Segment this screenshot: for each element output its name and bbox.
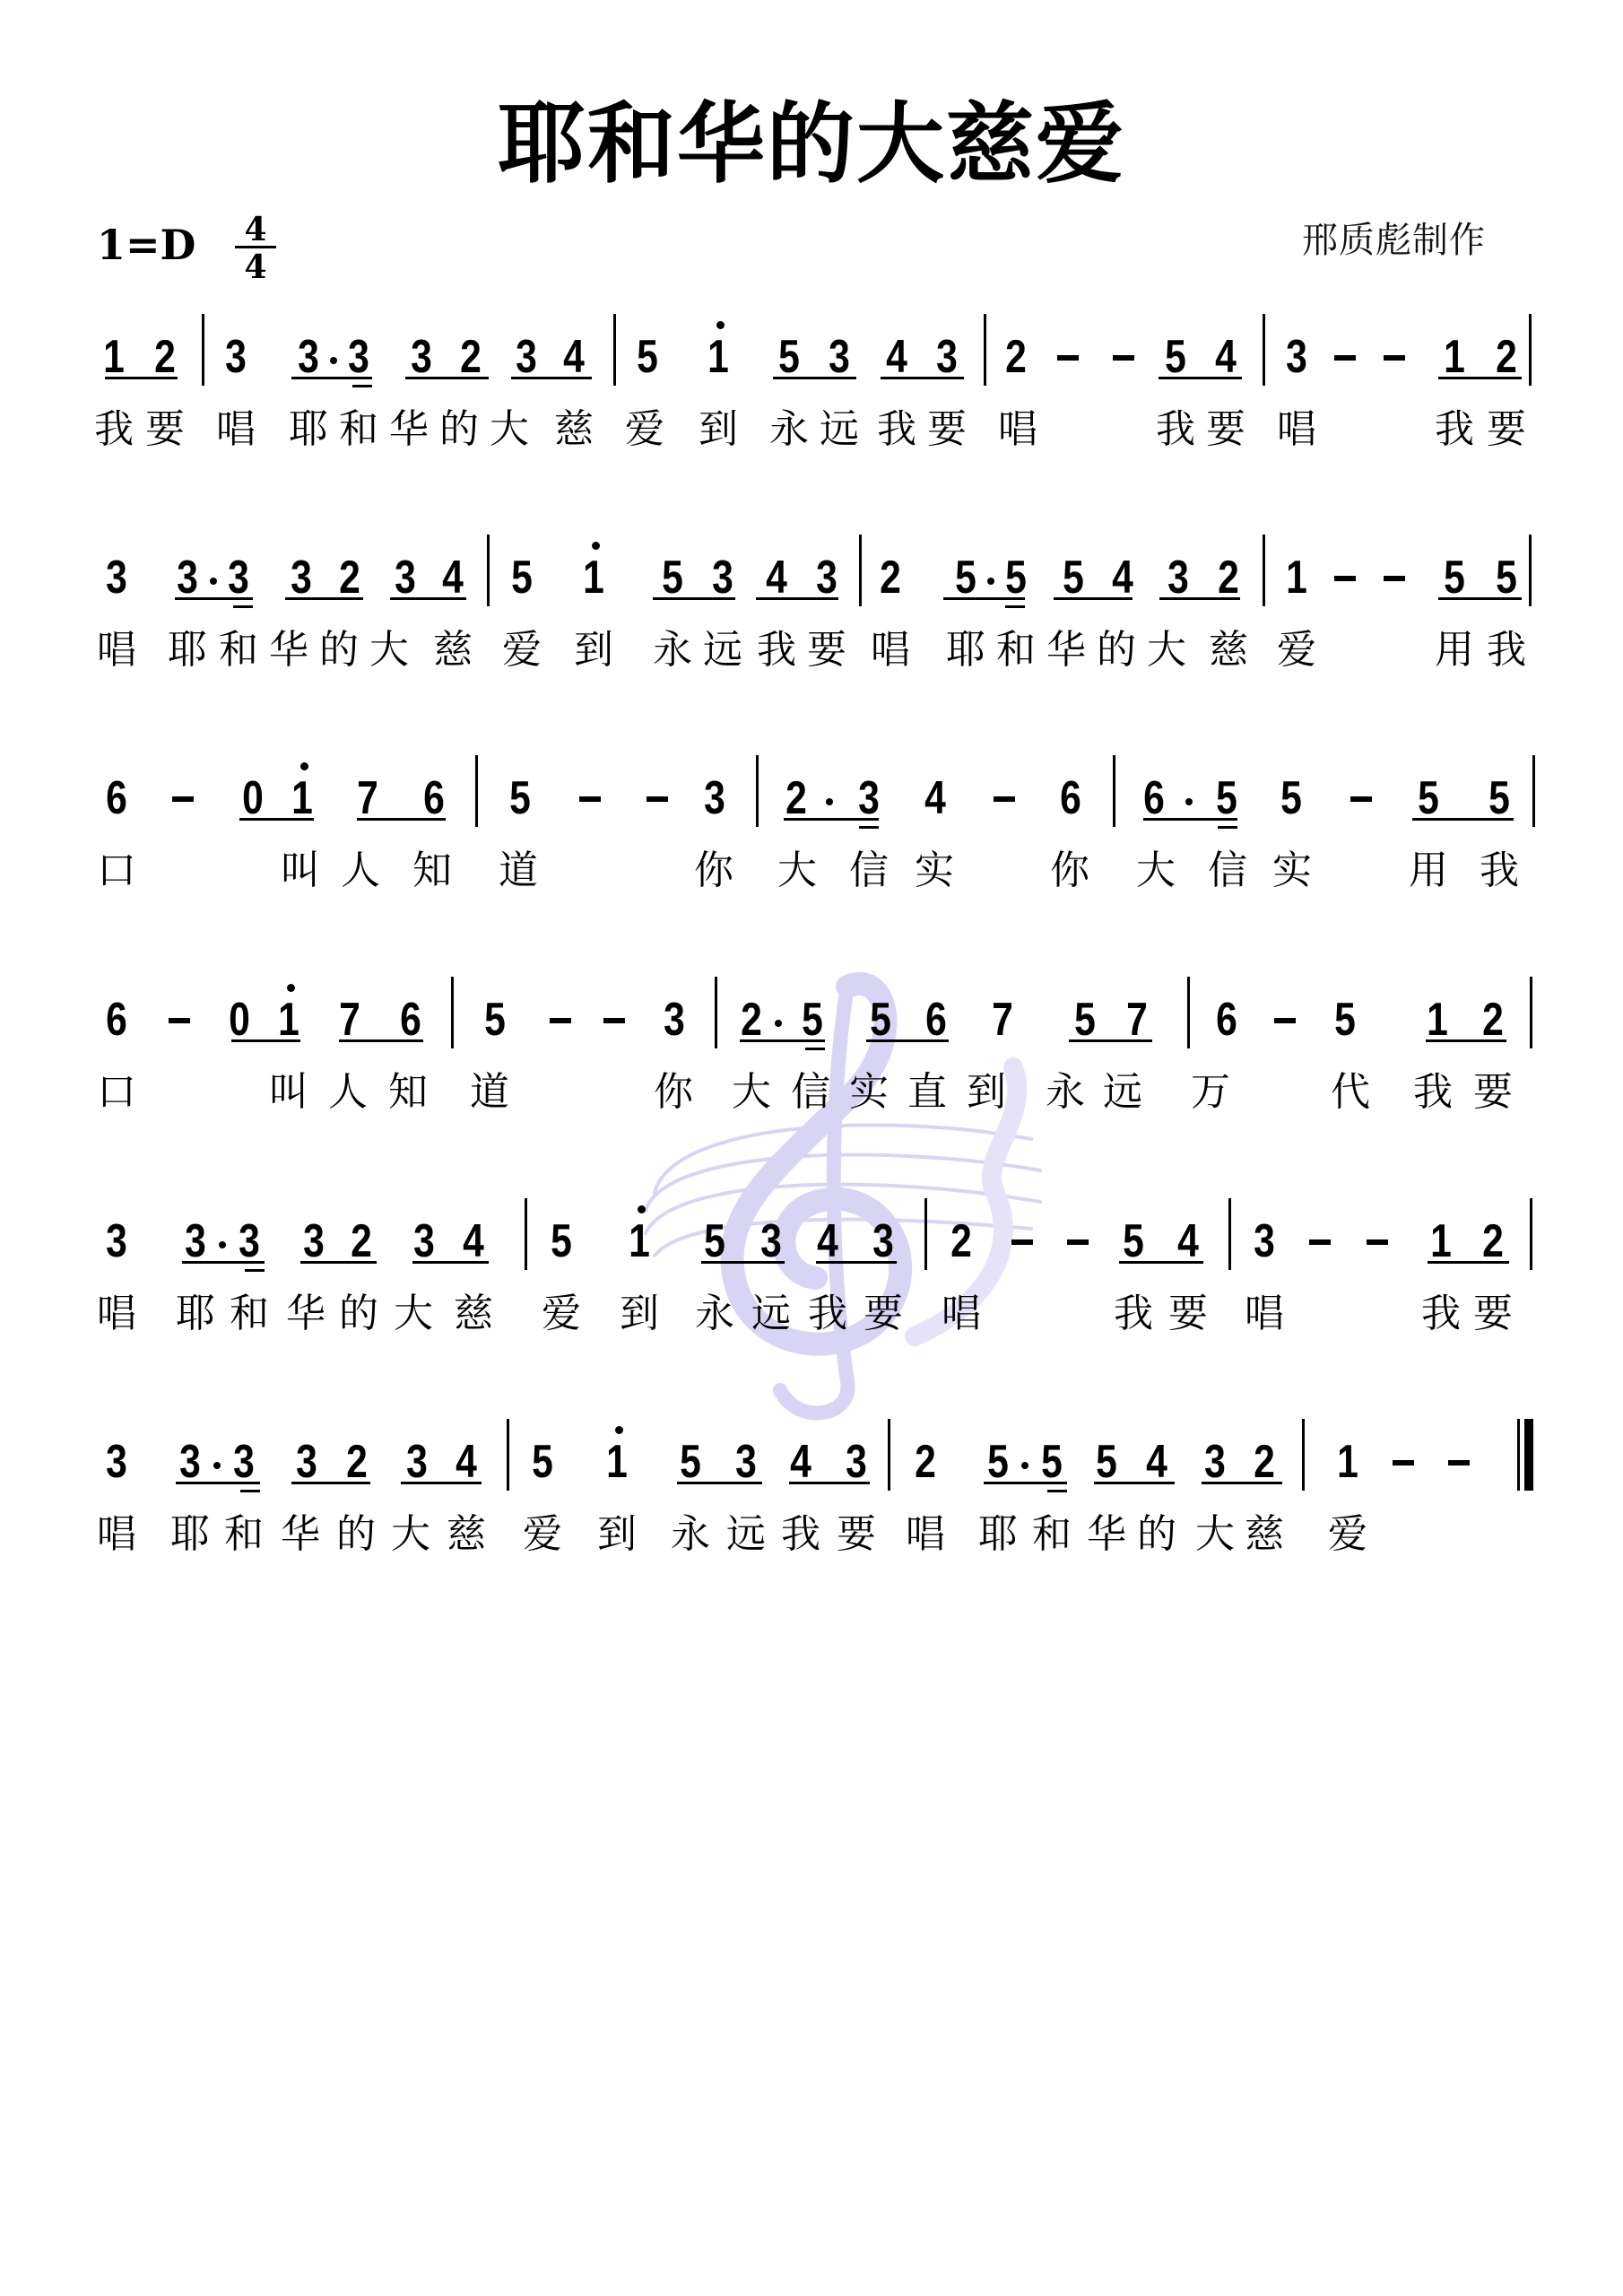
lyric-char: 我 — [780, 1514, 821, 1555]
augmentation-dot — [219, 1241, 226, 1248]
barline — [715, 977, 717, 1048]
lyric-char: 的 — [1096, 630, 1137, 671]
lyric-char: 唱 — [96, 630, 137, 671]
eighth-underline-second — [233, 605, 253, 608]
lyric-char: 大 — [369, 630, 410, 671]
note: 3 — [287, 554, 317, 601]
eighth-underline — [1428, 1261, 1509, 1264]
lyric-char: 远 — [702, 630, 743, 671]
eighth-underline — [1412, 818, 1514, 821]
lyric-char: 我 — [1479, 850, 1520, 891]
lyric-char: 远 — [819, 409, 860, 450]
barline — [451, 977, 454, 1048]
note: 5 — [481, 996, 510, 1043]
note: 3 — [224, 554, 254, 601]
note: 3 — [1164, 554, 1193, 601]
note: 1 — [603, 1439, 632, 1485]
lyric-char: 耶 — [169, 1514, 211, 1555]
sustain-dash — [1384, 355, 1405, 361]
note: 5 — [1414, 775, 1444, 822]
note: 6 — [1140, 775, 1169, 822]
note: 3 — [102, 1439, 132, 1485]
lyric-char: 爱 — [501, 630, 542, 671]
lyric-char: 大 — [1194, 1514, 1236, 1555]
lyric-char: 和 — [223, 1514, 265, 1555]
note: 5 — [1071, 996, 1100, 1043]
sustain-dash — [603, 1018, 625, 1023]
lyric-char: 和 — [218, 630, 259, 671]
lyric-char: 耶 — [288, 409, 329, 450]
note: 5 — [1037, 1439, 1067, 1485]
barline — [1529, 535, 1532, 606]
eighth-underline-second — [352, 385, 372, 387]
note: 4 — [1108, 554, 1138, 601]
sustain-dash — [1384, 576, 1405, 581]
note: 7 — [353, 775, 383, 822]
eighth-underline — [182, 1261, 265, 1264]
barline — [1263, 535, 1265, 606]
sustain-dash — [1113, 355, 1134, 361]
lyric-char: 要 — [1167, 1293, 1209, 1335]
note: 3 — [825, 334, 855, 380]
lyric-char: 和 — [995, 630, 1037, 671]
eighth-underline — [1202, 1482, 1282, 1484]
eighth-underline — [285, 597, 363, 600]
note: 4 — [438, 554, 468, 601]
lyric-char: 唱 — [1244, 1293, 1285, 1335]
lyric-char: 我 — [807, 1293, 848, 1335]
sustain-dash — [1350, 796, 1372, 802]
note: 0 — [239, 775, 268, 822]
note: 5 — [1492, 554, 1522, 601]
note: 2 — [1492, 334, 1522, 380]
lyric-char: 人 — [327, 1072, 369, 1113]
barline — [475, 755, 478, 827]
note: 1 — [625, 1218, 655, 1265]
octave-high-dot — [287, 984, 295, 992]
eighth-underline — [784, 818, 879, 821]
sustain-dash — [1274, 1018, 1296, 1023]
lyric-char: 信 — [1207, 850, 1248, 891]
lyric-char: 大 — [393, 1293, 434, 1335]
augmentation-dot — [775, 1020, 782, 1027]
note: 5 — [1440, 554, 1470, 601]
note: 4 — [813, 1218, 843, 1265]
note: 2 — [782, 775, 811, 822]
lyric-char: 我 — [1434, 409, 1475, 450]
lyric-char: 大 — [1146, 630, 1187, 671]
augmentation-dot — [210, 578, 217, 585]
note: 2 — [1479, 1218, 1508, 1265]
augmentation-dot — [987, 578, 994, 585]
lyric-char: 慈 — [1208, 630, 1249, 671]
note: 3 — [512, 334, 542, 380]
note: 4 — [560, 334, 589, 380]
note: 3 — [391, 554, 421, 601]
lyric-char: 的 — [1136, 1514, 1177, 1555]
note: 6 — [102, 775, 132, 822]
lyric-char: 华 — [1086, 1514, 1127, 1555]
note: 5 — [1059, 554, 1089, 601]
lyric-char: 华 — [1046, 630, 1087, 671]
note: 2 — [343, 1439, 372, 1485]
note: 4 — [459, 1218, 489, 1265]
lyric-char: 实 — [848, 1072, 890, 1113]
note: 3 — [299, 1218, 329, 1265]
barline — [1187, 977, 1190, 1048]
note: 3 — [181, 1218, 211, 1265]
lyric-char: 唱 — [870, 630, 911, 671]
note: 5 — [866, 996, 896, 1043]
lyric-char: 叫 — [280, 850, 321, 891]
eighth-underline — [881, 377, 964, 379]
lyric-char: 耶 — [945, 630, 986, 671]
sustain-dash — [1011, 1239, 1033, 1245]
augmentation-dot — [1185, 798, 1193, 805]
note: 3 — [344, 334, 374, 380]
lyric-char: 和 — [338, 409, 379, 450]
lyric-char: 远 — [751, 1293, 792, 1335]
score-row: 123333234515343254312我要唱耶和华的大慈爱到永远我要唱我要唱… — [0, 334, 1623, 513]
lyric-char: 慈 — [453, 1293, 494, 1335]
note: 2 — [335, 554, 365, 601]
lyric-char: 万 — [1190, 1072, 1231, 1113]
lyric-char: 我 — [756, 630, 797, 671]
lyric-char: 永 — [768, 409, 810, 450]
note: 3 — [1201, 1439, 1230, 1485]
sustain-dash — [1334, 355, 1356, 361]
note: 2 — [876, 554, 906, 601]
eighth-underline — [756, 597, 838, 600]
lyric-char: 实 — [1271, 850, 1313, 891]
note: 2 — [911, 1439, 941, 1485]
lyric-char: 你 — [1049, 850, 1090, 891]
note: 5 — [547, 1218, 577, 1265]
final-barline-thick — [1524, 1419, 1533, 1491]
note: 7 — [1123, 996, 1152, 1043]
lyric-char: 大 — [731, 1072, 772, 1113]
lyric-char: 用 — [1434, 630, 1475, 671]
note: 2 — [1002, 334, 1031, 380]
augmentation-dot — [330, 357, 337, 364]
lyric-char: 我 — [1113, 1293, 1154, 1335]
lyric-char: 口 — [96, 1072, 137, 1113]
lyric-char: 要 — [806, 630, 847, 671]
barline — [202, 314, 204, 386]
note: 7 — [988, 996, 1018, 1043]
note: 5 — [633, 334, 663, 380]
eighth-underline — [1159, 597, 1240, 600]
lyric-char: 我 — [1412, 1072, 1454, 1113]
eighth-underline — [866, 1039, 949, 1042]
barline — [888, 1419, 890, 1491]
note: 3 — [403, 1439, 432, 1485]
eighth-underline-second — [859, 826, 879, 829]
lyric-char: 慈 — [432, 630, 473, 671]
lyric-char: 叫 — [268, 1072, 309, 1113]
sustain-dash — [1309, 1239, 1331, 1245]
lyric-char: 慈 — [446, 1514, 487, 1555]
note: 3 — [176, 1439, 205, 1485]
octave-high-dot — [615, 1426, 623, 1434]
note: 2 — [947, 1218, 976, 1265]
eighth-underline — [1426, 1039, 1506, 1042]
time-signature-top: 4 — [235, 213, 276, 244]
sustain-dash — [647, 796, 668, 802]
barline — [859, 535, 862, 606]
eighth-underline — [231, 1039, 300, 1042]
lyric-char: 远 — [1102, 1072, 1143, 1113]
eighth-underline — [339, 1039, 423, 1042]
barline — [1228, 1198, 1231, 1270]
lyric-char: 慈 — [553, 409, 595, 450]
lyric-char: 唱 — [96, 1514, 137, 1555]
note: 5 — [508, 554, 537, 601]
note: 1 — [1423, 996, 1453, 1043]
note: 3 — [732, 1439, 761, 1485]
octave-high-dot — [716, 321, 725, 329]
eighth-underline — [300, 1261, 377, 1264]
lyric-char: 我 — [1486, 630, 1527, 671]
eighth-underline-second — [245, 1269, 265, 1272]
note: 3 — [407, 334, 437, 380]
eighth-underline-second — [1218, 826, 1237, 829]
note: 3 — [855, 775, 884, 822]
lyric-char: 到 — [573, 630, 614, 671]
note: 1 — [1440, 334, 1470, 380]
note: 1 — [1427, 1218, 1456, 1265]
lyric-char: 耶 — [175, 1293, 216, 1335]
lyric-char: 到 — [698, 409, 739, 450]
augmentation-dot — [1021, 1462, 1028, 1469]
lyric-char: 永 — [670, 1514, 711, 1555]
lyric-char: 口 — [96, 850, 137, 891]
note: 3 — [869, 1218, 898, 1265]
note: 5 — [658, 554, 688, 601]
eighth-underline — [412, 1261, 489, 1264]
eighth-underline — [239, 818, 314, 821]
lyric-char: 和 — [1031, 1514, 1072, 1555]
barline — [1532, 755, 1535, 827]
lyric-char: 到 — [596, 1514, 638, 1555]
note: 2 — [1250, 1439, 1280, 1485]
octave-high-dot — [300, 762, 308, 770]
note: 4 — [1142, 1439, 1172, 1485]
note: 3 — [1282, 334, 1312, 380]
eighth-underline — [1054, 597, 1133, 600]
lyric-char: 唱 — [215, 409, 256, 450]
score-row: 333323451534325554321唱耶和华的大慈爱到永远我要唱耶和华的大… — [0, 1439, 1623, 1618]
eighth-underline — [653, 597, 735, 600]
lyric-char: 爱 — [1276, 630, 1317, 671]
barline — [984, 314, 986, 386]
lyric-char: 慈 — [1244, 1514, 1285, 1555]
lyric-char: 唱 — [941, 1293, 982, 1335]
barline — [1529, 314, 1532, 386]
lyric-char: 的 — [438, 409, 480, 450]
note: 5 — [1161, 334, 1191, 380]
lyric-char: 华 — [388, 409, 430, 450]
note: 6 — [102, 996, 132, 1043]
note: 4 — [882, 334, 912, 380]
lyric-char: 唱 — [96, 1293, 137, 1335]
lyric-char: 大 — [390, 1514, 431, 1555]
sustain-dash — [1448, 1460, 1470, 1465]
note: 1 — [288, 775, 317, 822]
eighth-underline — [789, 1482, 870, 1484]
note: 4 — [1174, 1218, 1203, 1265]
sustain-dash — [1057, 355, 1079, 361]
note: 5 — [1119, 1218, 1149, 1265]
note: 1 — [1282, 554, 1312, 601]
score-row: 3333234515343254312唱耶和华的大慈爱到永远我要唱我要唱我要 — [0, 1218, 1623, 1397]
note: 6 — [1056, 775, 1086, 822]
lyric-char: 大 — [1135, 850, 1176, 891]
note: 2 — [737, 996, 767, 1043]
eighth-underline — [943, 597, 1025, 600]
lyric-char: 永 — [652, 630, 693, 671]
augmentation-dot — [826, 798, 833, 805]
lyric-char: 耶 — [977, 1514, 1019, 1555]
note: 3 — [102, 1218, 132, 1265]
note: 4 — [452, 1439, 482, 1485]
eighth-underline — [816, 1261, 897, 1264]
lyric-char: 要 — [1472, 1293, 1514, 1335]
lyric-char: 要 — [836, 1514, 877, 1555]
eighth-underline — [405, 377, 489, 379]
eighth-underline — [1143, 818, 1237, 821]
eighth-underline-second — [240, 1490, 260, 1492]
note: 2 — [151, 334, 180, 380]
lyric-char: 要 — [863, 1293, 904, 1335]
note: 1 — [1333, 1439, 1363, 1485]
eighth-underline — [1438, 377, 1522, 379]
note: 2 — [1214, 554, 1244, 601]
lyric-char: 和 — [229, 1293, 270, 1335]
barline — [1302, 1419, 1305, 1491]
sustain-dash — [994, 796, 1015, 802]
note: 5 — [700, 1218, 730, 1265]
eighth-underline — [1094, 1482, 1175, 1484]
lyric-char: 代 — [1330, 1072, 1371, 1113]
note: 5 — [1331, 996, 1360, 1043]
note: 5 — [984, 1439, 1013, 1485]
score-sheet: 耶和华的大慈爱 1=D 4 4 邢质彪制作 123333234515343254… — [0, 0, 1623, 2296]
note: 3 — [812, 554, 842, 601]
note: 5 — [775, 334, 804, 380]
note: 5 — [1002, 554, 1031, 601]
barline — [507, 1419, 509, 1491]
score-row: 601765325567576512口叫人知道你大信实直到永远万代我要 — [0, 996, 1623, 1176]
eighth-underline — [740, 1039, 825, 1042]
eighth-underline — [701, 1261, 785, 1264]
note: 5 — [506, 775, 535, 822]
eighth-underline — [291, 1482, 370, 1484]
lyric-char: 唱 — [1276, 409, 1317, 450]
note: 4 — [762, 554, 792, 601]
lyric-char: 唱 — [997, 409, 1038, 450]
lyric-char: 远 — [725, 1514, 767, 1555]
eighth-underline — [175, 597, 253, 600]
note: 5 — [528, 1439, 558, 1485]
eighth-underline-second — [1005, 605, 1025, 608]
note: 3 — [235, 1218, 265, 1265]
lyric-char: 知 — [387, 1072, 429, 1113]
eighth-underline — [984, 1482, 1067, 1484]
lyric-char: 的 — [338, 1293, 379, 1335]
note: 1 — [100, 334, 129, 380]
lyric-char: 到 — [619, 1293, 660, 1335]
lyric-char: 我 — [1420, 1293, 1462, 1335]
lyric-char: 要 — [1472, 1072, 1514, 1113]
lyric-char: 华 — [280, 1514, 321, 1555]
note: 2 — [1479, 996, 1508, 1043]
eighth-underline-second — [805, 1048, 825, 1050]
note: 3 — [173, 554, 203, 601]
lyric-char: 道 — [498, 850, 539, 891]
lyric-char: 我 — [1155, 409, 1196, 450]
lyric-char: 到 — [966, 1072, 1007, 1113]
note: 3 — [933, 334, 962, 380]
eighth-underline — [677, 1482, 762, 1484]
barline — [487, 535, 490, 606]
lyric-char: 实 — [914, 850, 955, 891]
lyric-char: 我 — [93, 409, 135, 450]
note: 3 — [294, 334, 324, 380]
lyric-char: 爱 — [1327, 1514, 1368, 1555]
note: 2 — [456, 334, 486, 380]
lyric-char: 直 — [907, 1072, 948, 1113]
sustain-dash — [579, 796, 601, 802]
lyric-char: 用 — [1408, 850, 1449, 891]
sustain-dash — [169, 1018, 190, 1023]
sustain-dash — [172, 796, 194, 802]
note: 3 — [292, 1439, 322, 1485]
lyric-char: 要 — [926, 409, 968, 450]
note: 3 — [660, 996, 690, 1043]
note: 7 — [335, 996, 365, 1043]
lyric-char: 华 — [285, 1293, 326, 1335]
lyric-char: 人 — [340, 850, 381, 891]
key-signature: 1=D — [97, 224, 195, 265]
note: 5 — [1212, 775, 1242, 822]
note: 1 — [704, 334, 733, 380]
note: 5 — [951, 554, 981, 601]
final-barline — [1517, 1419, 1520, 1491]
octave-high-dot — [638, 1205, 646, 1213]
barline — [924, 1198, 927, 1270]
eighth-underline — [291, 377, 372, 379]
lyric-char: 我 — [876, 409, 917, 450]
score-row: 33332345153432555432155唱耶和华的大慈爱到永远我要唱耶和华… — [0, 554, 1623, 734]
note: 5 — [676, 1439, 706, 1485]
lyric-char: 永 — [694, 1293, 735, 1335]
note: 6 — [1212, 996, 1242, 1043]
lyric-char: 爱 — [624, 409, 665, 450]
eighth-underline-second — [1047, 1490, 1067, 1492]
barline — [525, 1198, 527, 1270]
lyric-char: 要 — [144, 409, 186, 450]
note: 1 — [579, 554, 609, 601]
barline — [756, 755, 759, 827]
lyric-char: 爱 — [541, 1293, 582, 1335]
note: 4 — [921, 775, 950, 822]
eighth-underline — [773, 377, 856, 379]
note: 6 — [420, 775, 449, 822]
barline — [1530, 1198, 1532, 1270]
sustain-dash — [1067, 1239, 1089, 1245]
note: 5 — [1092, 1439, 1122, 1485]
